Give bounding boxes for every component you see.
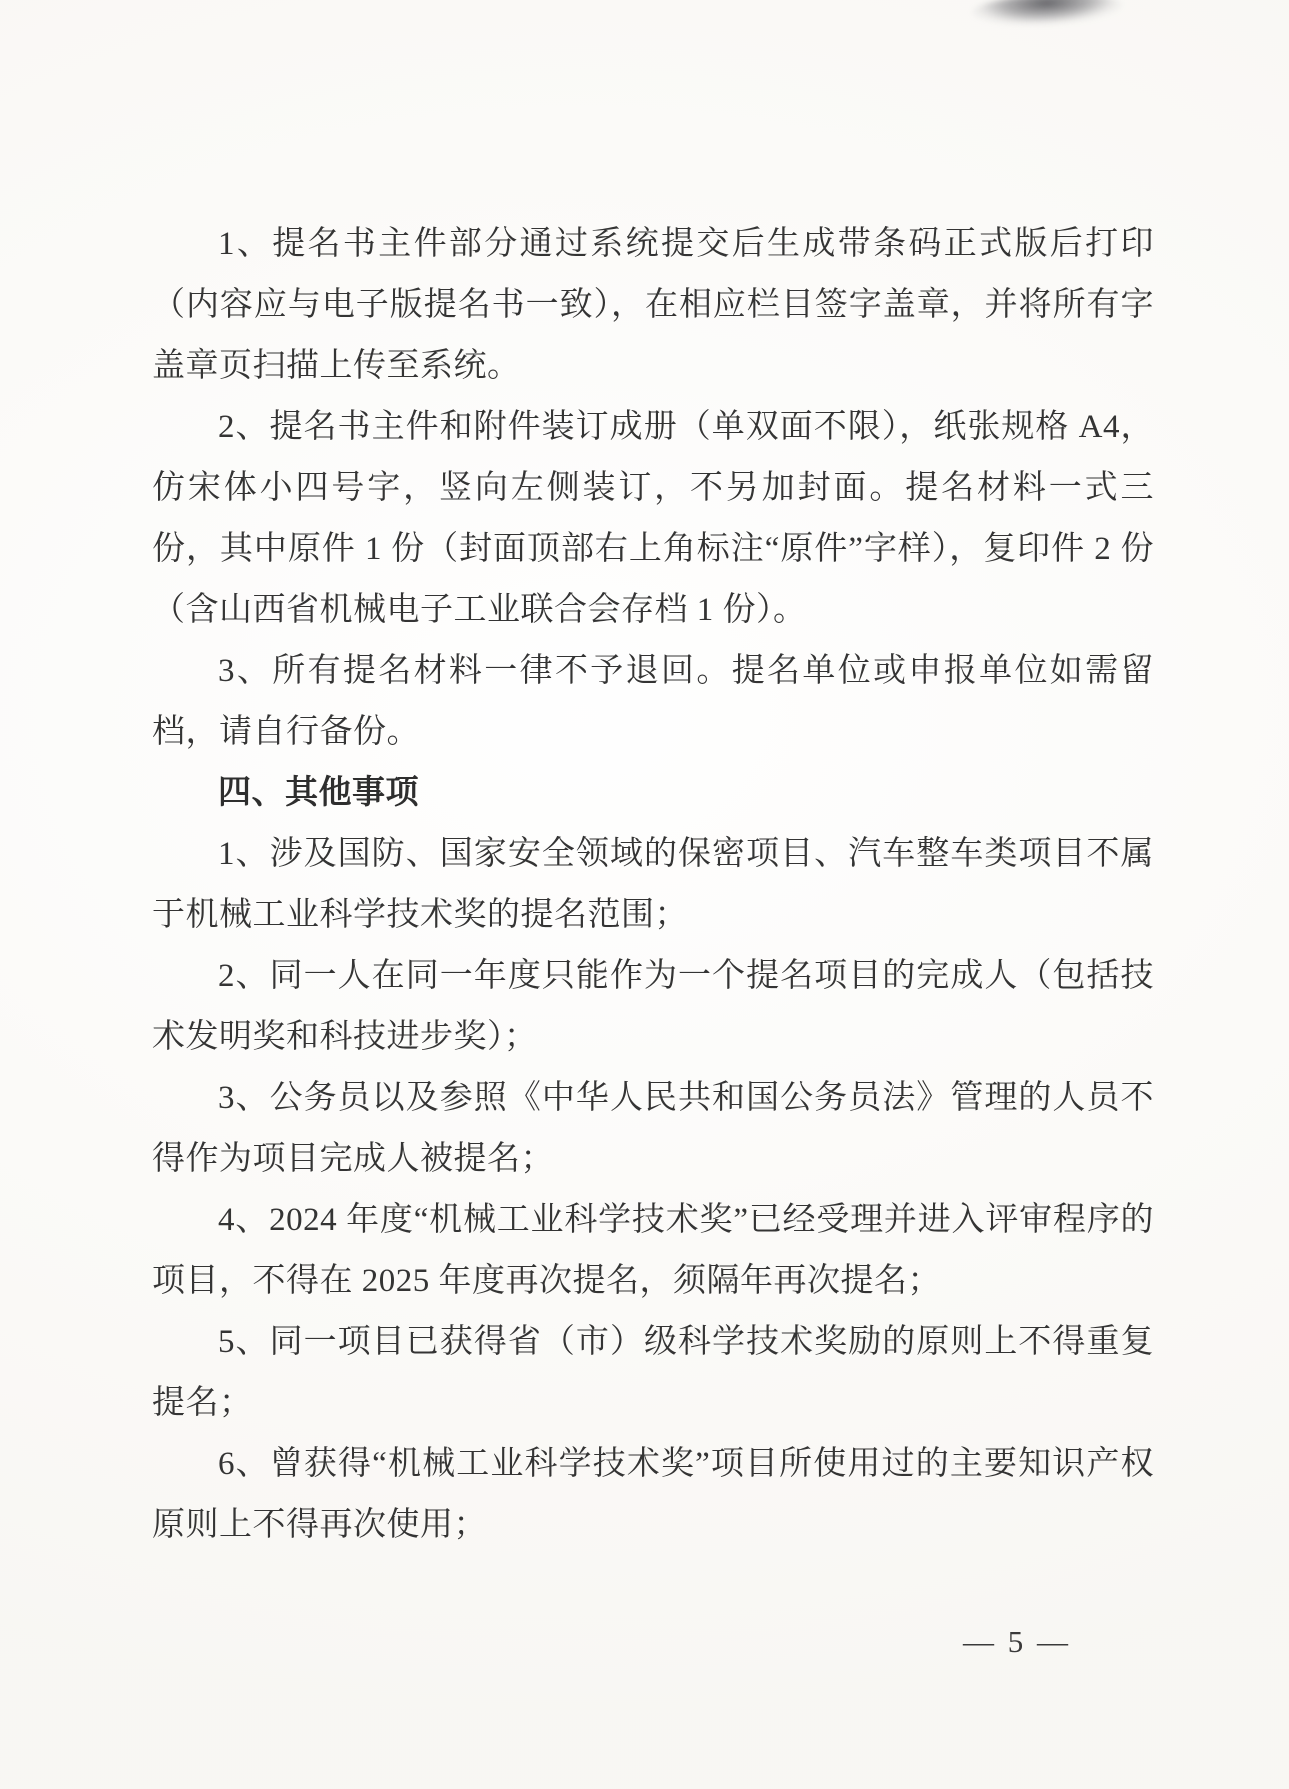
document-page: 1、提名书主件部分通过系统提交后生成带条码正式版后打印（内容应与电子版提名书一致… bbox=[0, 0, 1289, 1789]
paragraph: 2、同一人在同一年度只能作为一个提名项目的完成人（包括技术发明奖和科技进步奖）； bbox=[152, 946, 1154, 1068]
paragraph: 3、所有提名材料一律不予退回。提名单位或申报单位如需留档，请自行备份。 bbox=[152, 641, 1154, 763]
paragraph: 3、公务员以及参照《中华人民共和国公务员法》管理的人员不得作为项目完成人被提名； bbox=[152, 1068, 1154, 1190]
section-heading: 四、其他事项 bbox=[152, 763, 1154, 824]
paragraph: 6、曾获得“机械工业科学技术奖”项目所使用过的主要知识产权原则上不得再次使用； bbox=[152, 1434, 1154, 1556]
document-body: 1、提名书主件部分通过系统提交后生成带条码正式版后打印（内容应与电子版提名书一致… bbox=[152, 214, 1154, 1556]
paragraph: 1、提名书主件部分通过系统提交后生成带条码正式版后打印（内容应与电子版提名书一致… bbox=[152, 214, 1154, 397]
scan-smudge-artifact bbox=[971, 0, 1122, 28]
paragraph: 2、提名书主件和附件装订成册（单双面不限），纸张规格 A4，仿宋体小四号字，竖向… bbox=[152, 397, 1154, 641]
paragraph: 4、2024 年度“机械工业科学技术奖”已经受理并进入评审程序的项目，不得在 2… bbox=[152, 1190, 1154, 1312]
paragraph: 5、同一项目已获得省（市）级科学技术奖励的原则上不得重复提名； bbox=[152, 1312, 1154, 1434]
paragraph: 1、涉及国防、国家安全领域的保密项目、汽车整车类项目不属于机械工业科学技术奖的提… bbox=[152, 824, 1154, 946]
page-number: — 5 — bbox=[963, 1622, 1071, 1662]
